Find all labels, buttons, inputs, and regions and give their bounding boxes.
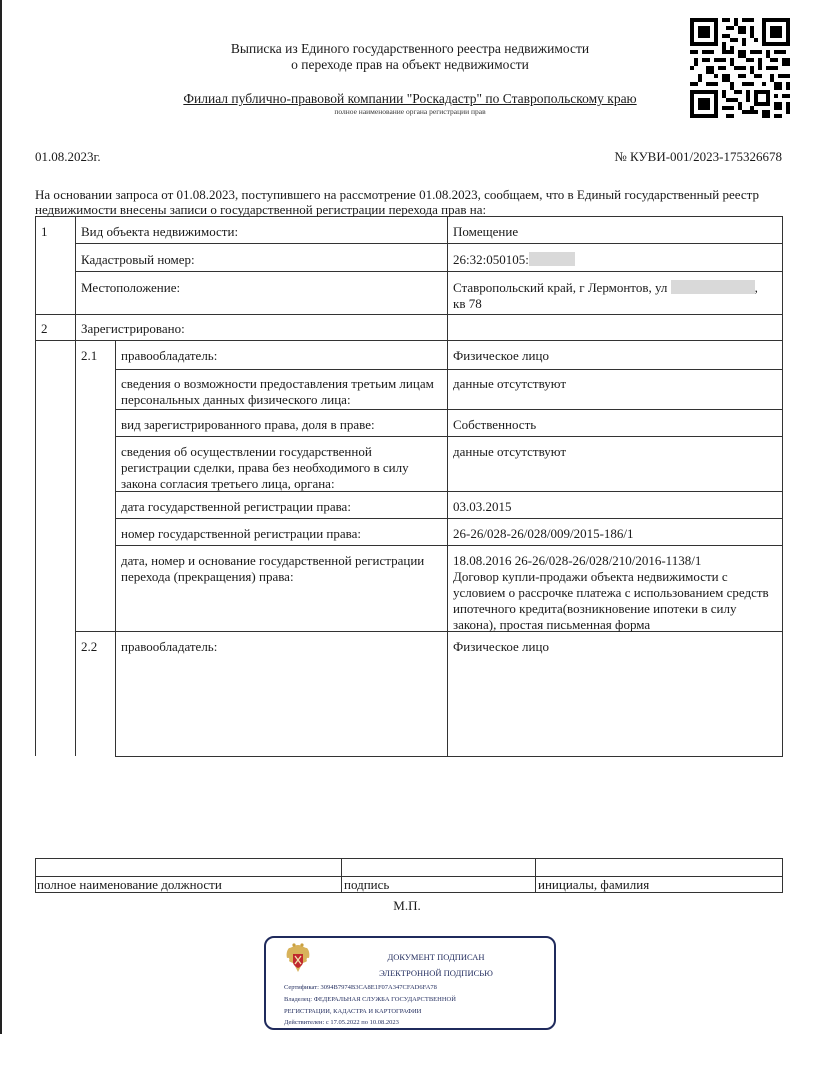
table-rule	[35, 314, 783, 315]
registration-body: Филиал публично-правовой компании "Роска…	[150, 91, 670, 116]
location-value: Ставропольский край, г Лермонтов, ул , к…	[453, 280, 783, 312]
cadastral-number-value: 26:32:050105:	[453, 252, 575, 268]
right-type-value: Собственность	[453, 417, 536, 433]
table-rule	[115, 756, 783, 757]
subsection-number-2-1: 2.1	[81, 348, 97, 364]
location-apartment: кв 78	[453, 296, 482, 311]
signature-table: полное наименование должности подпись ин…	[35, 858, 783, 893]
section-number-1: 1	[41, 224, 48, 240]
name-label: инициалы, фамилия	[538, 877, 649, 893]
redacted-block	[671, 280, 755, 294]
cadastral-number-prefix: 26:32:050105:	[453, 252, 529, 267]
subsection-number-2-2: 2.2	[81, 639, 97, 655]
table-rule	[35, 858, 783, 859]
registered-label: Зарегистрировано:	[81, 321, 185, 337]
location-label: Местоположение:	[81, 280, 180, 296]
table-rule	[535, 858, 536, 893]
rightholder-2-value: Физическое лицо	[453, 639, 549, 655]
object-type-label: Вид объекта недвижимости:	[81, 224, 238, 240]
rightholder-2-label: правообладатель:	[121, 639, 217, 655]
registration-body-caption: полное наименование органа регистрации п…	[150, 107, 670, 116]
registration-number-value: 26-26/028-26/028/009/2015-186/1	[453, 526, 634, 542]
title-line-2: о переходе прав на объект недвижимости	[150, 57, 670, 73]
stamp-title-line-2: ЭЛЕКТРОННОЙ ПОДПИСЬЮ	[326, 968, 546, 978]
document-title: Выписка из Единого государственного реес…	[150, 41, 670, 73]
section-number-2: 2	[41, 321, 48, 337]
title-line-1: Выписка из Единого государственного реес…	[150, 41, 670, 57]
qr-code-icon	[690, 18, 790, 118]
intro-text: На основании запроса от 01.08.2023, пост…	[35, 187, 775, 217]
consent-label: сведения об осуществлении государственно…	[121, 444, 446, 492]
registration-date-label: дата государственной регистрации права:	[121, 499, 351, 515]
table-rule	[75, 314, 76, 340]
table-rule	[75, 271, 783, 272]
cadastral-number-label: Кадастровый номер:	[81, 252, 195, 268]
table-rule	[115, 369, 783, 370]
table-rule	[75, 340, 76, 756]
document-date: 01.08.2023г.	[35, 149, 101, 165]
stamp-certificate: Сертификат: 3094B7974B3CA8E1F07A347CFAD6…	[284, 984, 437, 991]
stamp-owner-line-1: Владелец: ФЕДЕРАЛЬНАЯ СЛУЖБА ГОСУДАРСТВЕ…	[284, 996, 456, 1003]
signature-label: подпись	[344, 877, 389, 893]
transfer-basis-label: дата, номер и основание государственной …	[121, 553, 446, 585]
rightholder-label: правообладатель:	[121, 348, 217, 364]
table-rule	[115, 409, 783, 410]
stamp-validity: Действителен: с 17.05.2022 по 10.08.2023	[284, 1019, 399, 1026]
document-number: № КУВИ-001/2023-175326678	[614, 149, 782, 165]
stamp-owner-line-2: РЕГИСТРАЦИИ, КАДАСТРА И КАРТОГРАФИИ	[284, 1008, 421, 1015]
position-label: полное наименование должности	[37, 877, 222, 893]
right-type-label: вид зарегистрированного права, доля в пр…	[121, 417, 375, 433]
table-rule	[35, 216, 36, 756]
seal-mark: М.П.	[0, 898, 814, 914]
transfer-basis-value: 18.08.2016 26-26/028-26/028/210/2016-113…	[453, 553, 783, 633]
table-rule	[341, 858, 342, 893]
personal-data-value: данные отсутствуют	[453, 376, 566, 392]
table-rule	[75, 243, 783, 244]
registration-number-label: номер государственной регистрации права:	[121, 526, 361, 542]
table-rule	[115, 436, 783, 437]
table-rule	[447, 216, 448, 757]
stamp-title-line-1: ДОКУМЕНТ ПОДПИСАН	[326, 952, 546, 962]
table-rule	[35, 340, 783, 341]
registration-body-name: Филиал публично-правовой компании "Роска…	[150, 91, 670, 107]
redacted-block	[529, 252, 575, 266]
coat-of-arms-icon	[284, 942, 312, 976]
table-rule	[115, 340, 116, 757]
registration-date-value: 03.03.2015	[453, 499, 512, 515]
rightholder-value: Физическое лицо	[453, 348, 549, 364]
object-type-value: Помещение	[453, 224, 518, 240]
table-rule	[35, 216, 783, 217]
electronic-signature-stamp: ДОКУМЕНТ ПОДПИСАН ЭЛЕКТРОННОЙ ПОДПИСЬЮ С…	[264, 936, 556, 1030]
property-table: 1 Вид объекта недвижимости: Помещение Ка…	[35, 216, 783, 757]
consent-value: данные отсутствуют	[453, 444, 566, 460]
table-rule	[115, 518, 783, 519]
table-rule	[782, 858, 783, 893]
location-address: Ставропольский край, г Лермонтов, ул	[453, 280, 667, 295]
personal-data-label: сведения о возможности предоставления тр…	[121, 376, 446, 408]
table-rule	[75, 216, 76, 314]
page-edge	[0, 0, 2, 1034]
table-rule	[115, 545, 783, 546]
